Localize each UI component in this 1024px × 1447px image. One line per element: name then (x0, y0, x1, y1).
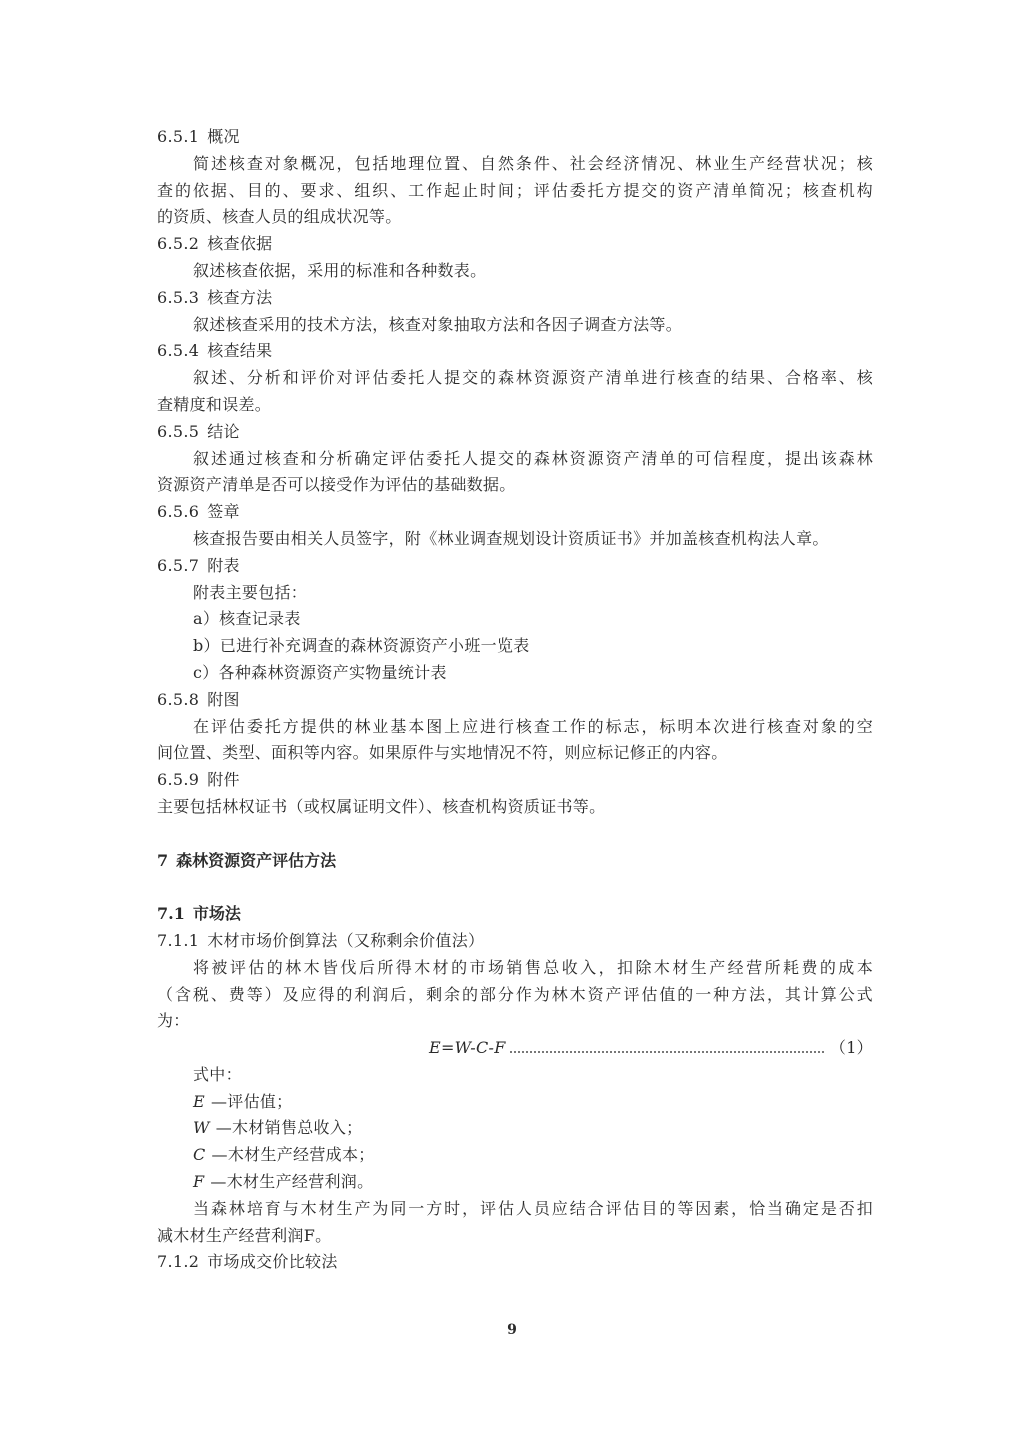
paragraph-line: 简述核查对象概况，包括地理位置、自然条件、社会经济情况、林业生产经营状况；核 (157, 151, 873, 178)
paragraph-line: 查精度和误差。 (157, 392, 873, 419)
section-title: 结论 (207, 422, 240, 441)
section-title: 核查依据 (207, 234, 272, 253)
paragraph-line: 核查报告要由相关人员签字，附《林业调查规划设计资质证书》并加盖核查机构法人章。 (157, 526, 873, 553)
chapter-number: 7 (157, 851, 168, 870)
paragraph-line: 在评估委托方提供的林业基本图上应进行核查工作的标志，标明本次进行核查对象的空 (157, 714, 873, 741)
section-heading-6-5-1: 6.5.1概况 (157, 124, 873, 151)
variable-symbol: E (193, 1092, 205, 1111)
section-number: 6.5.1 (157, 127, 199, 146)
section-title: 附表 (207, 556, 240, 575)
section-heading-6-5-5: 6.5.5结论 (157, 419, 873, 446)
section-number: 7.1 (157, 904, 185, 923)
chapter-title: 森林资源资产评估方法 (176, 851, 336, 870)
section-heading-7-1-1: 7.1.1木材市场价倒算法（又称剩余价值法） (157, 928, 873, 955)
section-number: 6.5.6 (157, 502, 199, 521)
variable-definition: W—木材销售总收入； (157, 1115, 873, 1142)
chapter-heading-7: 7森林资源资产评估方法 (157, 848, 873, 875)
section-heading-6-5-9: 6.5.9附件 (157, 767, 873, 794)
list-item: b）已进行补充调查的森林资源资产小班一览表 (157, 633, 873, 660)
section-title: 木材市场价倒算法（又称剩余价值法） (207, 931, 484, 950)
section-title: 核查方法 (207, 288, 272, 307)
page-number: 9 (0, 1322, 1024, 1338)
paragraph-line: 将被评估的林木皆伐后所得木材的市场销售总收入，扣除木材生产经营所耗费的成本 (157, 955, 873, 982)
paragraph-line: 叙述通过核查和分析确定评估委托人提交的森林资源资产清单的可信程度，提出该森林 (157, 446, 873, 473)
paragraph-line: 当森林培育与木材生产为同一方时，评估人员应结合评估目的等因素，恰当确定是否扣 (157, 1196, 873, 1223)
variable-symbol: C (193, 1145, 206, 1164)
document-page: 6.5.1概况 简述核查对象概况，包括地理位置、自然条件、社会经济情况、林业生产… (157, 124, 873, 1276)
variable-definition: E—评估值； (157, 1089, 873, 1116)
list-intro: 附表主要包括： (157, 580, 873, 607)
variable-description: —木材生产经营成本； (212, 1145, 375, 1164)
equation-row: E=W-C-F （1） (157, 1035, 873, 1062)
section-title: 核查结果 (207, 341, 272, 360)
variable-description: —木材生产经营利润。 (210, 1172, 373, 1191)
section-heading-7-1-2: 7.1.2市场成交价比较法 (157, 1249, 873, 1276)
paragraph-line: 为： (157, 1008, 873, 1035)
dot-leader (510, 1050, 824, 1053)
section-number: 7.1.2 (157, 1252, 199, 1271)
variable-description: —评估值； (211, 1092, 293, 1111)
paragraph-line: （含税、费等）及应得的利润后，剩余的部分作为林木资产评估值的一种方法，其计算公式 (157, 982, 873, 1009)
section-heading-6-5-3: 6.5.3核查方法 (157, 285, 873, 312)
section-heading-7-1: 7.1市场法 (157, 901, 873, 928)
where-label: 式中： (157, 1062, 873, 1089)
section-title: 附件 (207, 770, 240, 789)
section-heading-6-5-4: 6.5.4核查结果 (157, 338, 873, 365)
paragraph-line: 叙述核查依据，采用的标准和各种数表。 (157, 258, 873, 285)
section-number: 6.5.5 (157, 422, 199, 441)
section-heading-6-5-8: 6.5.8附图 (157, 687, 873, 714)
variable-definition: C—木材生产经营成本； (157, 1142, 873, 1169)
section-number: 6.5.7 (157, 556, 199, 575)
section-number: 6.5.2 (157, 234, 199, 253)
list-item: c）各种森林资源资产实物量统计表 (157, 660, 873, 687)
section-number: 7.1.1 (157, 931, 199, 950)
paragraph-line: 的资质、核查人员的组成状况等。 (157, 204, 873, 231)
list-item: a）核查记录表 (157, 606, 873, 633)
variable-symbol: W (193, 1118, 210, 1137)
paragraph-line: 间位置、类型、面积等内容。如果原件与实地情况不符，则应标记修正的内容。 (157, 740, 873, 767)
equation: E=W-C-F (429, 1035, 506, 1062)
section-title: 市场成交价比较法 (207, 1252, 337, 1271)
section-number: 6.5.4 (157, 341, 199, 360)
section-number: 6.5.9 (157, 770, 199, 789)
paragraph-line: 叙述、分析和评价对评估委托人提交的森林资源资产清单进行核查的结果、合格率、核 (157, 365, 873, 392)
spacer (157, 821, 873, 848)
paragraph-line: 减木材生产经营利润F。 (157, 1223, 873, 1250)
section-title: 附图 (207, 690, 240, 709)
section-heading-6-5-6: 6.5.6签章 (157, 499, 873, 526)
variable-description: —木材销售总收入； (216, 1118, 363, 1137)
section-title: 市场法 (193, 904, 241, 923)
section-number: 6.5.3 (157, 288, 199, 307)
paragraph-line: 主要包括林权证书（或权属证明文件）、核查机构资质证书等。 (157, 794, 873, 821)
section-heading-6-5-2: 6.5.2核查依据 (157, 231, 873, 258)
paragraph-line: 查的依据、目的、要求、组织、工作起止时间；评估委托方提交的资产清单简况；核查机构 (157, 178, 873, 205)
variable-symbol: F (193, 1172, 204, 1191)
paragraph-line: 资源资产清单是否可以接受作为评估的基础数据。 (157, 472, 873, 499)
section-number: 6.5.8 (157, 690, 199, 709)
paragraph-line: 叙述核查采用的技术方法，核查对象抽取方法和各因子调查方法等。 (157, 312, 873, 339)
spacer (157, 874, 873, 901)
section-heading-6-5-7: 6.5.7附表 (157, 553, 873, 580)
section-title: 概况 (207, 127, 240, 146)
variable-definition: F—木材生产经营利润。 (157, 1169, 873, 1196)
equation-number: （1） (830, 1035, 873, 1062)
section-title: 签章 (207, 502, 240, 521)
